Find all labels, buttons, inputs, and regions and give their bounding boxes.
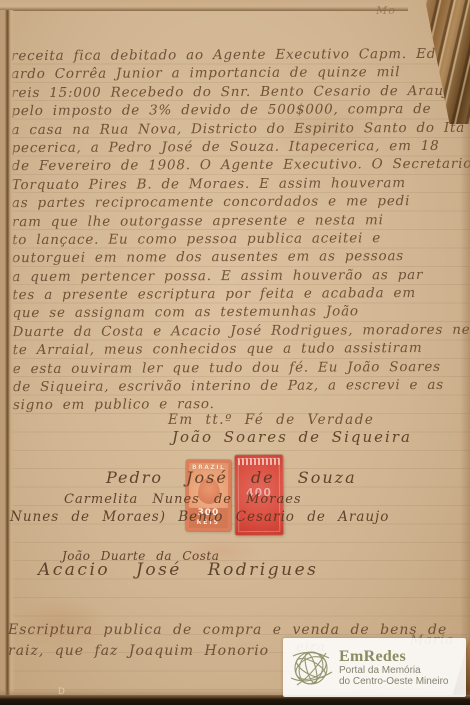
emredes-watermark-badge: EmRedes Portal da Memória do Centro-Oest…: [283, 638, 466, 697]
pencil-mark: D: [58, 687, 65, 697]
text-line: de Siqueira, escrivão interino de Paz, a…: [1, 376, 470, 397]
globe-network-icon: [288, 645, 334, 691]
signature-carmelita-nunes-de-moraes: Carmelita Nunes de Moraes: [64, 492, 302, 507]
page-right-edge-shadow: [460, 118, 470, 648]
text-line: to lançace. Eu como pessoa publica aceit…: [0, 229, 470, 250]
text-line: a casa na Rua Nova, Districto do Espirit…: [0, 118, 470, 139]
page-top-edge: [0, 0, 408, 11]
binding-gutter-shadow: [0, 10, 15, 695]
main-text-block: receita fica debitado ao Agente Executiv…: [0, 45, 470, 415]
text-line: as partes reciprocamente concordados e m…: [0, 192, 470, 213]
text-line: outorguei em nome dos ausentes em as pes…: [0, 247, 470, 268]
text-line: pecerica, a Pedro José de Souza. Itapece…: [0, 137, 470, 158]
signature-acacio-jose-rodrigues: Acacio José Rodrigues: [38, 560, 318, 580]
text-line: receita fica debitado ao Agente Executiv…: [0, 45, 469, 66]
text-line: a quem pertencer possa. E assim houverão…: [0, 265, 470, 286]
pencil-annotation: Mo: [376, 4, 396, 17]
text-line: tes a presente escriptura por feita e ac…: [0, 284, 470, 305]
signature-pedro-jose-de-souza: Pedro José de Souza: [106, 468, 357, 487]
text-line: te Arraial, meus conhecidos que a tudo a…: [1, 339, 470, 360]
manuscript-page: Mo receita fica debitado ao Agente Execu…: [0, 0, 470, 695]
signature-bento-cesario-de-araujo: Nunes de Moraes) Bento Cesario de Araujo: [10, 509, 389, 525]
text-line: de Fevereiro de 1908. O Agente Executivo…: [0, 155, 470, 176]
text-line: e esta ouviram ler que tudo dou fé. Eu J…: [1, 357, 470, 378]
watermark-title: EmRedes: [339, 648, 449, 665]
notary-signature: João Soares de Siqueira: [172, 428, 412, 446]
watermark-text: EmRedes Portal da Memória do Centro-Oest…: [339, 648, 449, 688]
closing-attestation: Em tt.º Fé de Verdade: [168, 412, 374, 428]
scanned-document-photo: Mo receita fica debitado ao Agente Execu…: [0, 0, 470, 705]
text-line: Duarte da Costa e Acacio José Rodrigues,…: [0, 321, 470, 342]
text-line: Torquato Pires B. de Moraes. E assim hou…: [0, 174, 470, 195]
text-line: ram que lhe outorgasse apresente e nesta…: [0, 210, 470, 231]
text-line: pelo imposto de 3% devido de 500$000, co…: [0, 100, 469, 121]
stamp-top-band: [238, 458, 280, 465]
watermark-subtitle-line1: Portal da Memória: [339, 665, 449, 677]
text-line: que se assignam com as testemunhas João: [0, 302, 470, 323]
text-line: reis 15:000 Recebedo do Snr. Bento Cesar…: [0, 82, 469, 103]
watermark-subtitle-line2: do Centro-Oeste Mineiro: [339, 676, 449, 688]
text-line: ardo Corrêa Junior a importancia de quin…: [0, 63, 469, 84]
